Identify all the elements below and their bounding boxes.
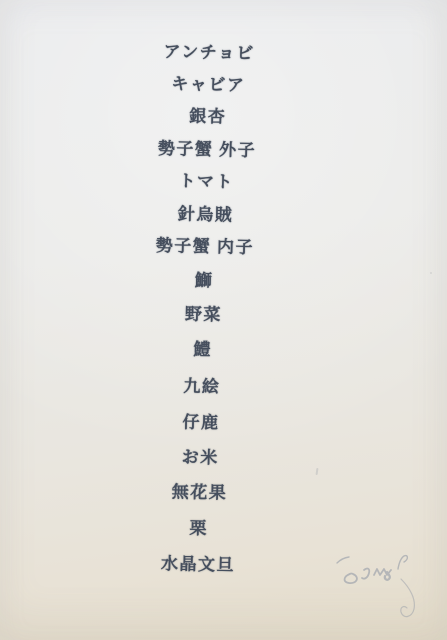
paper-speck	[430, 272, 432, 274]
menu-item-list: アンチョビ キャビア 銀杏 勢子蟹 外子 トマト 針烏賊 勢子蟹 内子 鰤 野菜…	[0, 0, 434, 640]
handwritten-scribble	[330, 548, 422, 632]
menu-card-paper: アンチョビ キャビア 銀杏 勢子蟹 外子 トマト 針烏賊 勢子蟹 内子 鰤 野菜…	[0, 0, 447, 640]
